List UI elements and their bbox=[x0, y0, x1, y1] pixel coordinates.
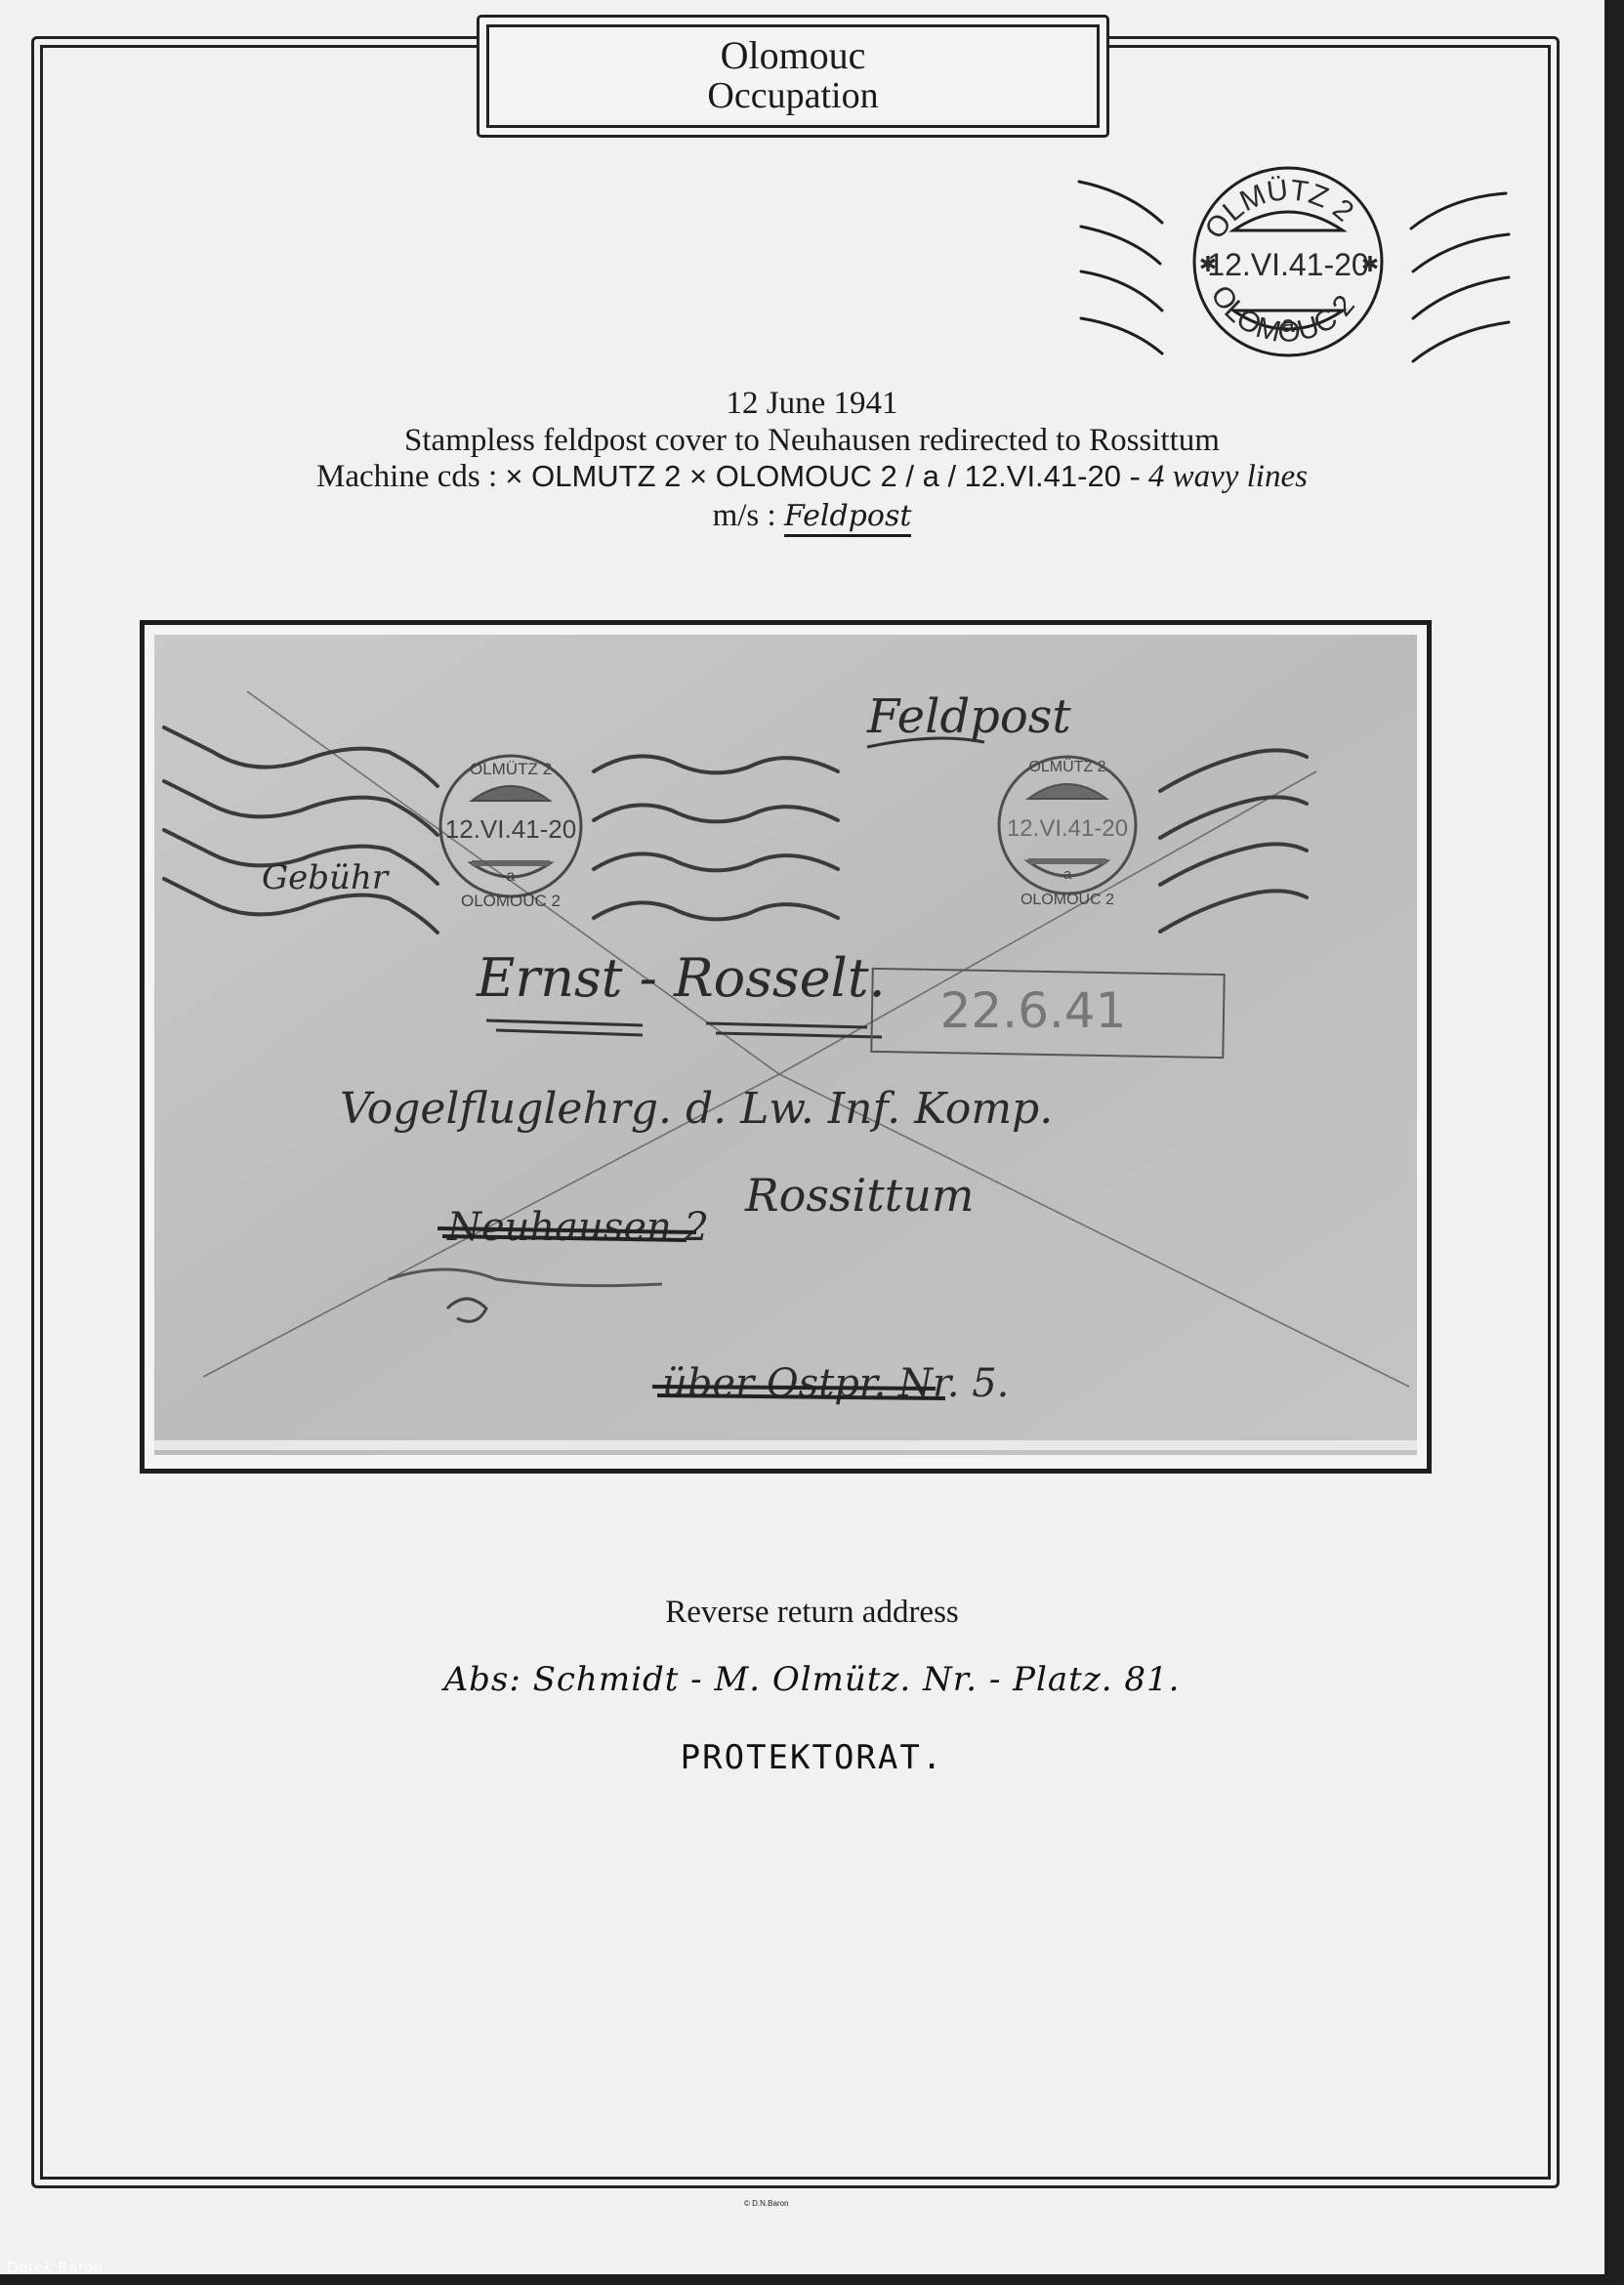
cover-mount: 12.VI.41-20 a OLMÜTZ 2 OLOMOUC 2 12.VI.4… bbox=[140, 620, 1432, 1474]
wavy-lines-right-icon bbox=[1411, 193, 1509, 361]
cover-date: 12 June 1941 bbox=[0, 386, 1624, 422]
copyright: © D.N.Baron bbox=[744, 2199, 788, 2208]
title-box: Olomouc Occupation bbox=[477, 15, 1109, 138]
scan-edge-right bbox=[1604, 0, 1624, 2285]
cancel-illustration: OLMÜTZ 2 OLOMOUC 2 12.VI.41-20 ✱ ✱ a bbox=[1069, 154, 1519, 369]
struck-address-2: über Ostpr. Nr. 5. bbox=[662, 1361, 1009, 1406]
address-line: Vogelfluglehrg. d. Lw. Inf. Komp. bbox=[340, 1084, 1053, 1134]
envelope-cover: 12.VI.41-20 a OLMÜTZ 2 OLOMOUC 2 12.VI.4… bbox=[154, 635, 1417, 1455]
svg-text:12.VI.41-20: 12.VI.41-20 bbox=[445, 814, 576, 844]
svg-text:OLMÜTZ 2: OLMÜTZ 2 bbox=[470, 760, 552, 778]
redirect-address: Rossittum bbox=[744, 1169, 974, 1222]
manuscript-note: m/s : Feldpost bbox=[0, 498, 1624, 534]
svg-text:OLOMOUC 2: OLOMOUC 2 bbox=[461, 892, 561, 910]
svg-text:12.VI.41-20: 12.VI.41-20 bbox=[1207, 247, 1368, 282]
svg-text:✱: ✱ bbox=[1199, 252, 1217, 276]
watermark: Derek Baron bbox=[7, 2259, 104, 2276]
addressee-name: Ernst - Rosselt. bbox=[476, 947, 886, 1009]
svg-text:✱: ✱ bbox=[1361, 252, 1379, 276]
scan-edge-bottom bbox=[0, 2274, 1624, 2285]
svg-text:a: a bbox=[1281, 312, 1295, 338]
reverse-label: Reverse return address bbox=[0, 1595, 1624, 1631]
page-title: Olomouc bbox=[721, 36, 866, 75]
return-address-handwriting: Abs: Schmidt - M. Olmütz. Nr. - Platz. 8… bbox=[0, 1660, 1624, 1699]
svg-text:OLMÜTZ 2: OLMÜTZ 2 bbox=[1028, 758, 1105, 775]
return-address-protektorat: PROTEKTORAT. bbox=[0, 1738, 1624, 1777]
svg-text:a: a bbox=[507, 868, 516, 885]
cancel-description: Machine cds : × OLMUTZ 2 × OLOMOUC 2 / a… bbox=[0, 459, 1624, 495]
svg-text:OLMÜTZ 2: OLMÜTZ 2 bbox=[1199, 174, 1360, 245]
svg-text:a: a bbox=[1063, 866, 1072, 883]
wavy-lines-left-icon bbox=[1079, 182, 1162, 353]
svg-text:12.VI.41-20: 12.VI.41-20 bbox=[1007, 815, 1128, 842]
manuscript-gebuhr: Gebühr bbox=[262, 858, 390, 897]
page-subtitle: Occupation bbox=[707, 75, 878, 116]
manuscript-feldpost: Feldpost bbox=[866, 689, 1071, 744]
boxed-date: 22.6.41 bbox=[940, 982, 1127, 1039]
cover-description: Stampless feldpost cover to Neuhausen re… bbox=[0, 423, 1624, 459]
postmark-icon: OLMÜTZ 2 OLOMOUC 2 12.VI.41-20 ✱ ✱ a bbox=[1194, 168, 1382, 355]
svg-text:OLOMOUC 2: OLOMOUC 2 bbox=[1020, 892, 1114, 908]
